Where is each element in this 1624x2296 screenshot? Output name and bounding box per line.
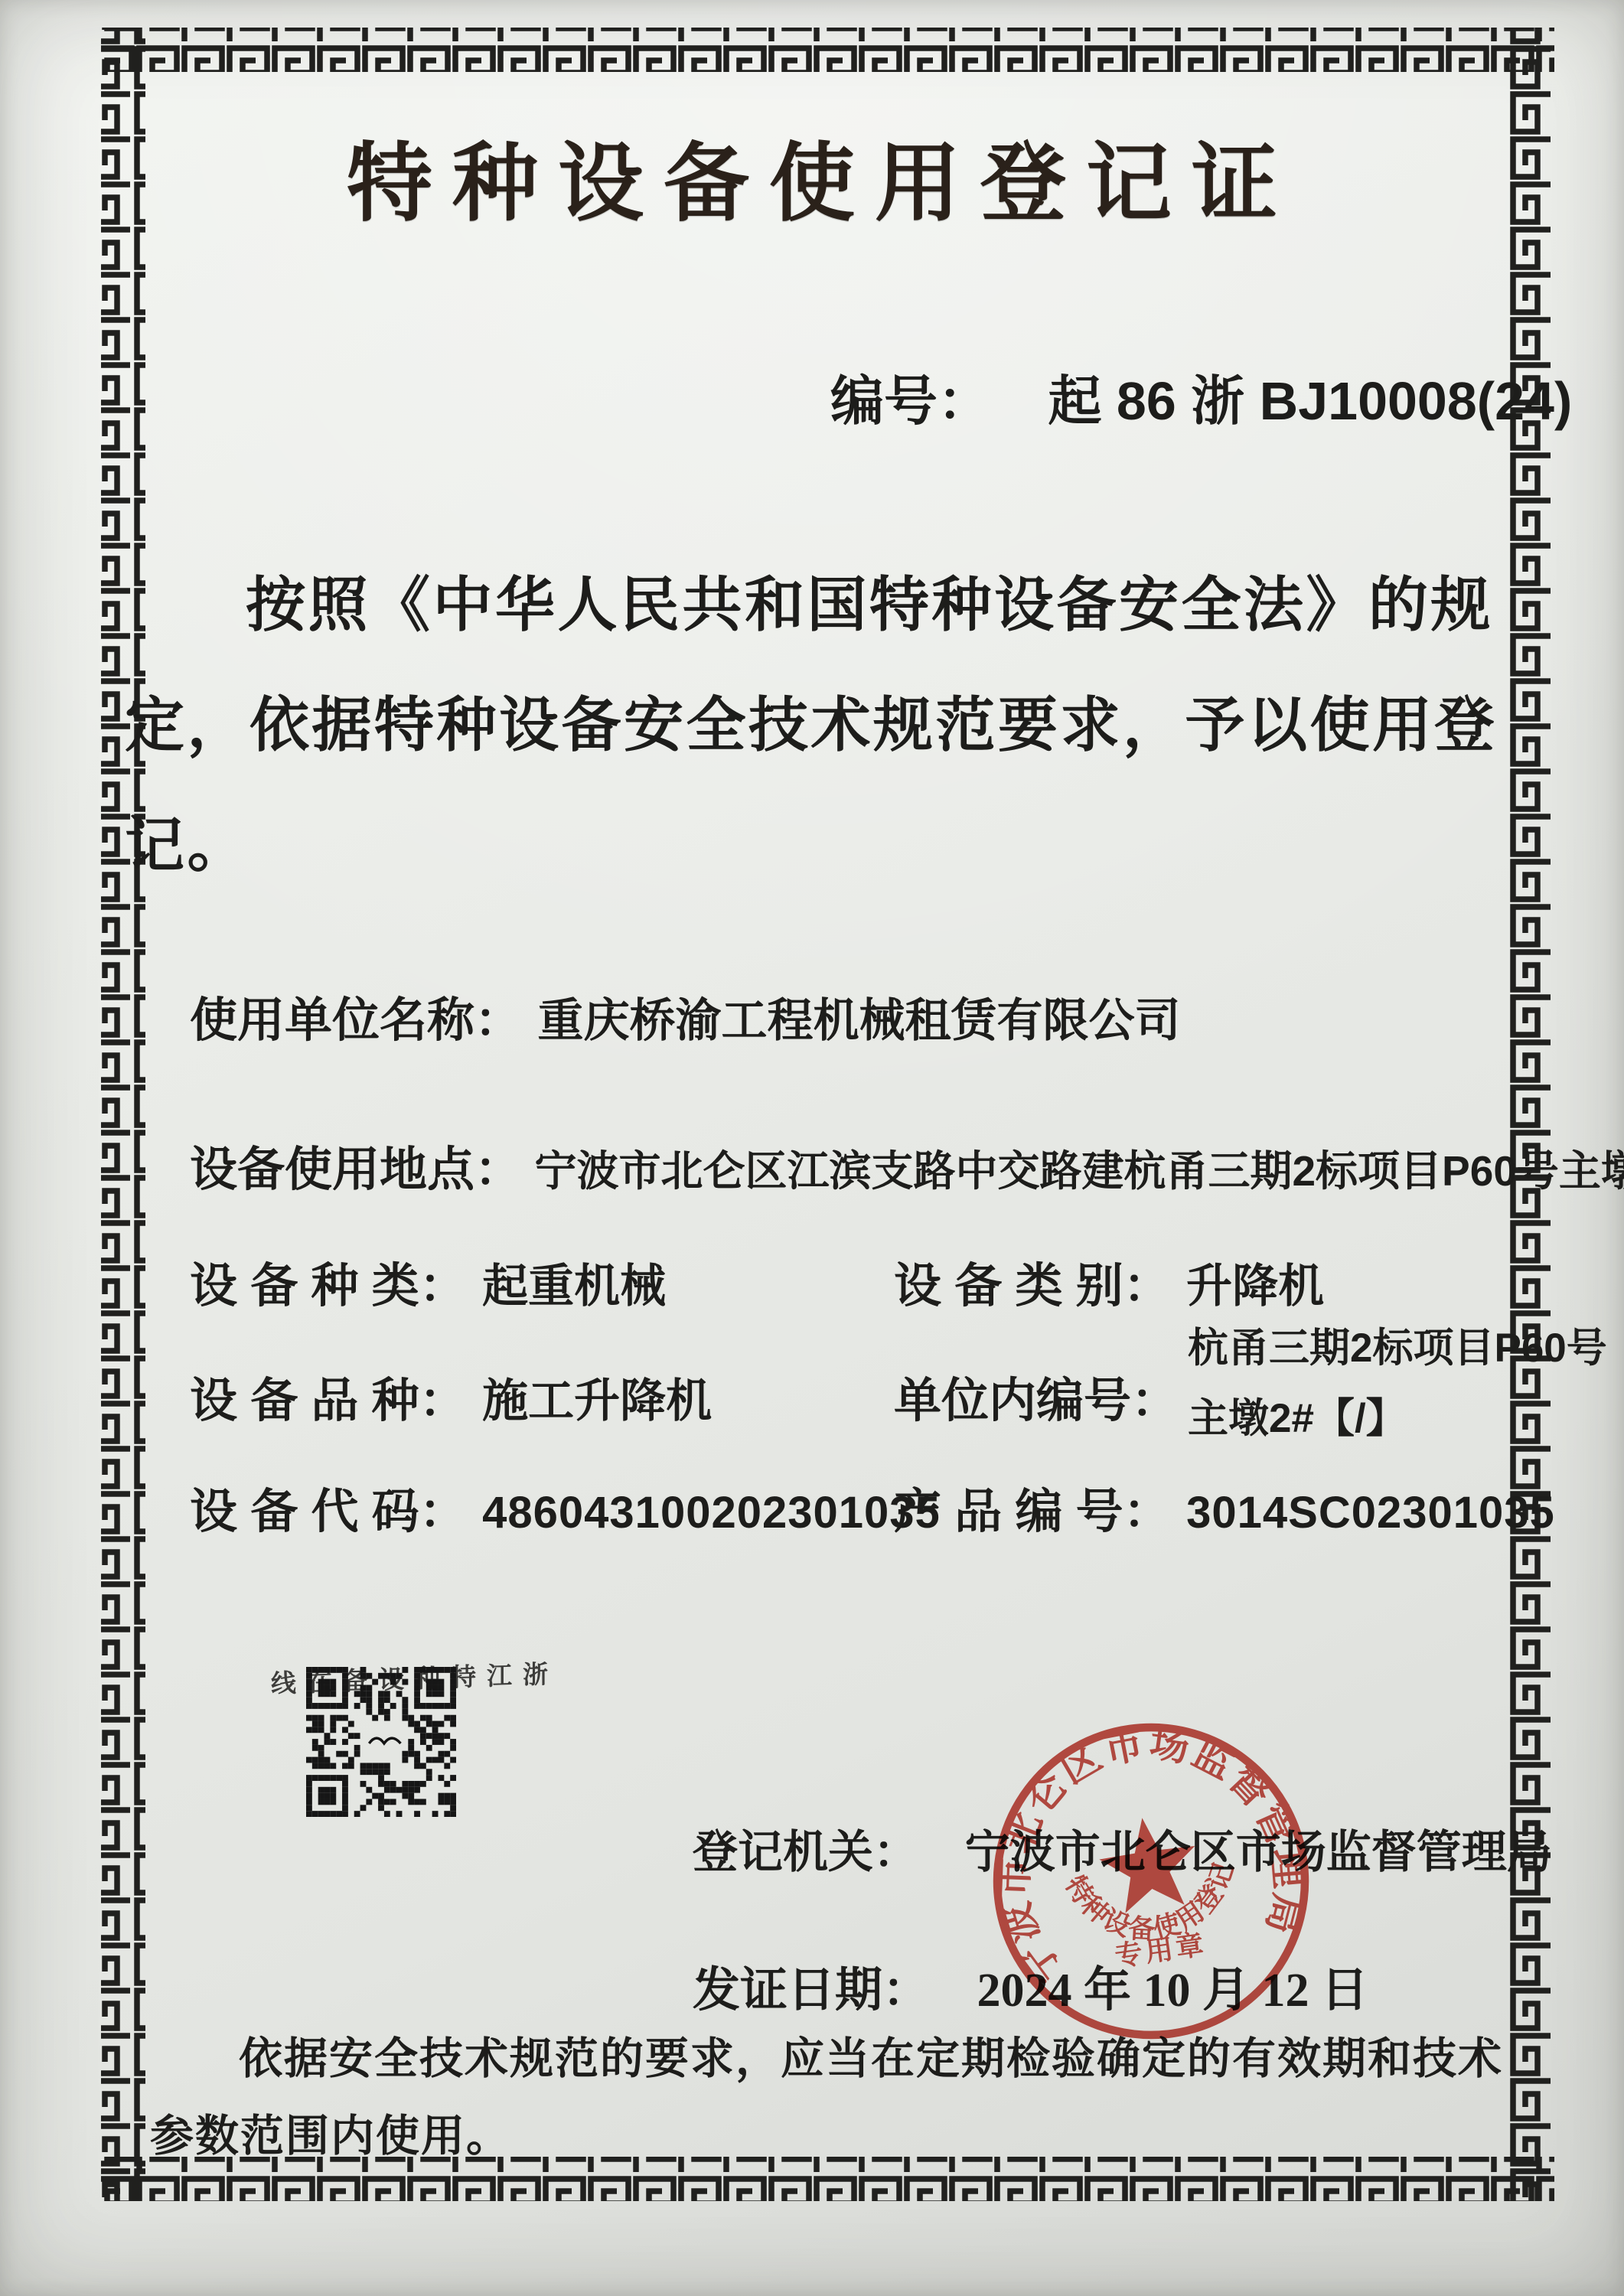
equipment-category-label: 设 备 类 别： (894, 1260, 1171, 1313)
certificate-number-label: 编号： (830, 371, 991, 431)
certificate-number-value: 起 86 浙 BJ10008(24) (1048, 371, 1572, 431)
official-seal: 宁波市北仑区市场监督管理局 特种设备使用登记 专用章 (964, 1694, 1338, 2068)
product-number-label: 产 品 编 号： (894, 1486, 1171, 1538)
registration-authority-label: 登记机关： (693, 1827, 918, 1877)
field-location: 设备使用地点： 宁波市北仑区江滨支路中交路建杭甬三期2标项目P60号主墩2# (190, 1131, 1624, 1199)
equipment-kind-value: 起重机械 (482, 1261, 666, 1312)
field-product-number: 产 品 编 号： 3014SC02301035 (894, 1473, 1555, 1541)
location-value: 宁波市北仑区江滨支路中交路建杭甬三期2标项目P60号主墩2# (534, 1147, 1624, 1195)
field-internal-number: 单位内编号： (894, 1362, 1179, 1430)
equipment-category-value: 升降机 (1186, 1261, 1324, 1312)
equipment-kind-label: 设 备 种 类： (190, 1260, 467, 1313)
field-equipment-kind: 设 备 种 类： 起重机械 (190, 1247, 666, 1316)
product-number-value: 3014SC02301035 (1186, 1488, 1555, 1538)
footer-note: 依据安全技术规范的要求，应当在定期检验确定的有效期和技术参数范围内使用。 (150, 2020, 1529, 2175)
internal-number-value: 杭甬三期2标项目P60号主墩2#【/】 (1188, 1313, 1624, 1454)
equipment-variety-value: 施工升降机 (482, 1375, 712, 1427)
device-code-label: 设 备 代 码： (190, 1486, 467, 1538)
qr-code (306, 1667, 456, 1817)
issue-date-label: 发证日期： (693, 1965, 930, 2017)
company-label: 使用单位名称： (190, 994, 522, 1047)
device-code-value: 486043100202301035 (482, 1488, 941, 1538)
seal-star (1094, 1812, 1203, 1916)
field-device-code: 设 备 代 码： 486043100202301035 (190, 1473, 941, 1541)
location-label: 设备使用地点： (190, 1143, 522, 1196)
field-equipment-category: 设 备 类 别： 升降机 (894, 1247, 1324, 1316)
certificate-page: 特种设备使用登记证 编号： 起 86 浙 BJ10008(24) 按照《中华人民… (0, 0, 1624, 2296)
field-equipment-variety: 设 备 品 种： 施工升降机 (190, 1362, 712, 1430)
field-company: 使用单位名称： 重庆桥渝工程机械租赁有限公司 (190, 982, 1180, 1050)
company-value: 重庆桥渝工程机械租赁有限公司 (537, 995, 1180, 1046)
registration-statement: 按照《中华人民共和国特种设备安全法》的规定，依据特种设备安全技术规范要求，予以使… (125, 545, 1530, 905)
equipment-variety-label: 设 备 品 种： (190, 1375, 467, 1427)
internal-number-label: 单位内编号： (894, 1375, 1179, 1427)
certificate-number-row: 编号： 起 86 浙 BJ10008(24) (830, 358, 1572, 435)
certificate-title: 特种设备使用登记证 (0, 115, 1624, 238)
